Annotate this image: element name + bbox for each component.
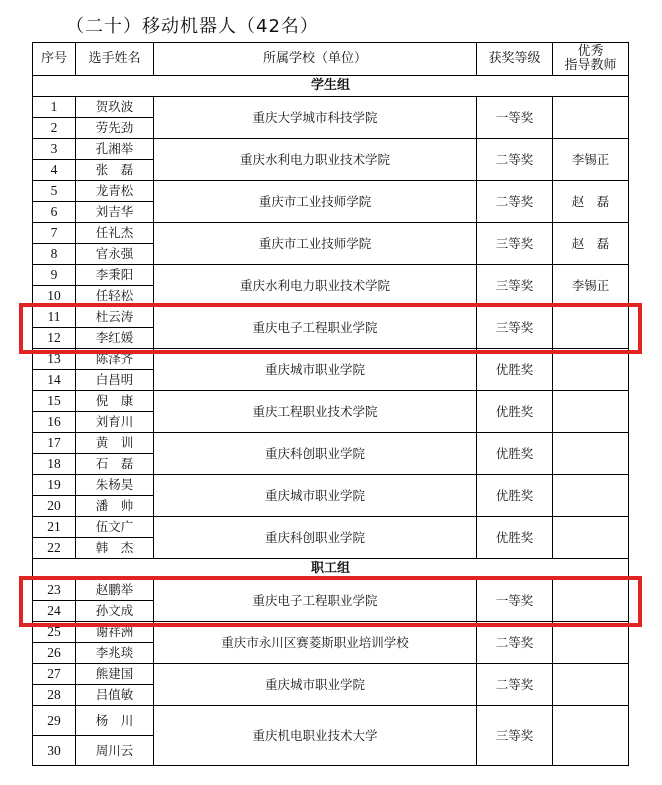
cell-award: 二等奖 xyxy=(477,139,553,181)
cell-teacher: 李锡正 xyxy=(553,139,629,181)
cell-teacher: 赵 磊 xyxy=(553,181,629,223)
cell-award: 优胜奖 xyxy=(477,517,553,559)
cell-teacher xyxy=(553,307,629,349)
cell-teacher xyxy=(553,349,629,391)
cell-no: 25 xyxy=(33,622,76,643)
cell-award: 二等奖 xyxy=(477,664,553,706)
cell-school: 重庆市永川区赛菱斯职业培训学校 xyxy=(154,622,477,664)
cell-school: 重庆市工业技师学院 xyxy=(154,223,477,265)
cell-award: 三等奖 xyxy=(477,265,553,307)
cell-name: 官永强 xyxy=(76,244,154,265)
cell-no: 3 xyxy=(33,139,76,160)
group-row: 职工组 xyxy=(33,559,629,580)
cell-award: 二等奖 xyxy=(477,181,553,223)
cell-name: 贺玖波 xyxy=(76,97,154,118)
cell-no: 20 xyxy=(33,496,76,517)
cell-school: 重庆水利电力职业技术学院 xyxy=(154,139,477,181)
cell-no: 12 xyxy=(33,328,76,349)
cell-teacher: 赵 磊 xyxy=(553,223,629,265)
cell-teacher xyxy=(553,664,629,706)
cell-no: 13 xyxy=(33,349,76,370)
table-row: 13 陈泽齐重庆城市职业学院 优胜奖 xyxy=(33,349,629,370)
cell-name: 倪 康 xyxy=(76,391,154,412)
cell-school: 重庆科创职业学院 xyxy=(154,517,477,559)
header-award: 获奖等级 xyxy=(477,43,553,76)
cell-name: 李秉阳 xyxy=(76,265,154,286)
cell-name: 劳先劲 xyxy=(76,118,154,139)
cell-school: 重庆市工业技师学院 xyxy=(154,181,477,223)
cell-name: 石 磊 xyxy=(76,454,154,475)
cell-no: 1 xyxy=(33,97,76,118)
cell-school: 重庆工程职业技术学院 xyxy=(154,391,477,433)
cell-no: 15 xyxy=(33,391,76,412)
cell-name: 张 磊 xyxy=(76,160,154,181)
cell-school: 重庆城市职业学院 xyxy=(154,475,477,517)
cell-teacher xyxy=(553,580,629,622)
cell-name: 龙青松 xyxy=(76,181,154,202)
cell-no: 28 xyxy=(33,685,76,706)
header-no: 序号 xyxy=(33,43,76,76)
header-name: 选手姓名 xyxy=(76,43,154,76)
cell-no: 29 xyxy=(33,706,76,736)
cell-award: 优胜奖 xyxy=(477,475,553,517)
cell-no: 2 xyxy=(33,118,76,139)
table-row: 11 杜云涛重庆电子工程职业学院 三等奖 xyxy=(33,307,629,328)
cell-name: 孔湘举 xyxy=(76,139,154,160)
cell-no: 16 xyxy=(33,412,76,433)
cell-school: 重庆水利电力职业技术学院 xyxy=(154,265,477,307)
table-row: 1 贺玖波重庆大学城市科技学院 一等奖 xyxy=(33,97,629,118)
cell-teacher: 李锡正 xyxy=(553,265,629,307)
cell-name: 黄 训 xyxy=(76,433,154,454)
cell-name: 刘育川 xyxy=(76,412,154,433)
cell-name: 任轻松 xyxy=(76,286,154,307)
cell-no: 5 xyxy=(33,181,76,202)
table-row: 9 李秉阳重庆水利电力职业技术学院 三等奖 李锡正 xyxy=(33,265,629,286)
table-row: 15 倪 康重庆工程职业技术学院 优胜奖 xyxy=(33,391,629,412)
section-title: （二十）移动机器人（42名） xyxy=(66,12,319,38)
cell-name: 吕值敏 xyxy=(76,685,154,706)
cell-no: 30 xyxy=(33,736,76,766)
cell-school: 重庆大学城市科技学院 xyxy=(154,97,477,139)
cell-name: 韩 杰 xyxy=(76,538,154,559)
cell-no: 6 xyxy=(33,202,76,223)
header-teacher-line1: 优秀 xyxy=(553,45,628,59)
table-row: 3 孔湘举重庆水利电力职业技术学院 二等奖 李锡正 xyxy=(33,139,629,160)
cell-award: 三等奖 xyxy=(477,706,553,766)
group-row: 学生组 xyxy=(33,76,629,97)
cell-teacher xyxy=(553,391,629,433)
cell-name: 谢祥洲 xyxy=(76,622,154,643)
table-row: 25 谢祥洲重庆市永川区赛菱斯职业培训学校 二等奖 xyxy=(33,622,629,643)
cell-no: 7 xyxy=(33,223,76,244)
cell-teacher xyxy=(553,97,629,139)
cell-no: 4 xyxy=(33,160,76,181)
cell-teacher xyxy=(553,433,629,475)
cell-no: 8 xyxy=(33,244,76,265)
cell-no: 17 xyxy=(33,433,76,454)
cell-school: 重庆城市职业学院 xyxy=(154,664,477,706)
cell-teacher xyxy=(553,622,629,664)
cell-teacher xyxy=(553,475,629,517)
cell-school: 重庆机电职业技术大学 xyxy=(154,706,477,766)
cell-name: 潘 帅 xyxy=(76,496,154,517)
group-label: 职工组 xyxy=(33,559,629,580)
cell-no: 23 xyxy=(33,580,76,601)
table-row: 17 黄 训重庆科创职业学院 优胜奖 xyxy=(33,433,629,454)
cell-award: 三等奖 xyxy=(477,223,553,265)
cell-no: 24 xyxy=(33,601,76,622)
cell-no: 9 xyxy=(33,265,76,286)
cell-name: 陈泽齐 xyxy=(76,349,154,370)
table-row: 5 龙青松重庆市工业技师学院 二等奖 赵 磊 xyxy=(33,181,629,202)
table-row: 23 赵鹏举重庆电子工程职业学院 一等奖 xyxy=(33,580,629,601)
cell-no: 18 xyxy=(33,454,76,475)
cell-no: 27 xyxy=(33,664,76,685)
cell-name: 赵鹏举 xyxy=(76,580,154,601)
cell-name: 白昌明 xyxy=(76,370,154,391)
cell-name: 熊建国 xyxy=(76,664,154,685)
cell-name: 杜云涛 xyxy=(76,307,154,328)
cell-school: 重庆城市职业学院 xyxy=(154,349,477,391)
cell-name: 任礼杰 xyxy=(76,223,154,244)
cell-school: 重庆电子工程职业学院 xyxy=(154,307,477,349)
cell-name: 李红媛 xyxy=(76,328,154,349)
cell-teacher xyxy=(553,706,629,766)
cell-no: 22 xyxy=(33,538,76,559)
cell-name: 刘吉华 xyxy=(76,202,154,223)
cell-name: 伍文广 xyxy=(76,517,154,538)
cell-no: 21 xyxy=(33,517,76,538)
table-row: 21 伍文广重庆科创职业学院 优胜奖 xyxy=(33,517,629,538)
cell-award: 一等奖 xyxy=(477,580,553,622)
cell-name: 周川云 xyxy=(76,736,154,766)
cell-award: 优胜奖 xyxy=(477,349,553,391)
cell-no: 26 xyxy=(33,643,76,664)
cell-no: 10 xyxy=(33,286,76,307)
table-row: 29 杨 川重庆机电职业技术大学 三等奖 xyxy=(33,706,629,736)
cell-no: 19 xyxy=(33,475,76,496)
cell-no: 11 xyxy=(33,307,76,328)
group-label: 学生组 xyxy=(33,76,629,97)
table-row: 19 朱杨昊重庆城市职业学院 优胜奖 xyxy=(33,475,629,496)
cell-award: 三等奖 xyxy=(477,307,553,349)
cell-name: 孙文成 xyxy=(76,601,154,622)
table-row: 27 熊建国重庆城市职业学院 二等奖 xyxy=(33,664,629,685)
cell-name: 李兆琰 xyxy=(76,643,154,664)
cell-name: 杨 川 xyxy=(76,706,154,736)
cell-no: 14 xyxy=(33,370,76,391)
cell-award: 二等奖 xyxy=(477,622,553,664)
table-row: 7 任礼杰重庆市工业技师学院 三等奖 赵 磊 xyxy=(33,223,629,244)
cell-name: 朱杨昊 xyxy=(76,475,154,496)
cell-school: 重庆电子工程职业学院 xyxy=(154,580,477,622)
cell-school: 重庆科创职业学院 xyxy=(154,433,477,475)
awards-table: 序号 选手姓名 所属学校（单位） 获奖等级 优秀 指导教师 学生组 1 贺玖波重… xyxy=(32,42,629,766)
header-teacher-line2: 指导教师 xyxy=(553,59,628,73)
cell-award: 优胜奖 xyxy=(477,433,553,475)
header-school: 所属学校（单位） xyxy=(154,43,477,76)
cell-teacher xyxy=(553,517,629,559)
cell-award: 一等奖 xyxy=(477,97,553,139)
cell-award: 优胜奖 xyxy=(477,391,553,433)
header-row: 序号 选手姓名 所属学校（单位） 获奖等级 优秀 指导教师 xyxy=(33,43,629,76)
header-teacher: 优秀 指导教师 xyxy=(553,43,629,76)
